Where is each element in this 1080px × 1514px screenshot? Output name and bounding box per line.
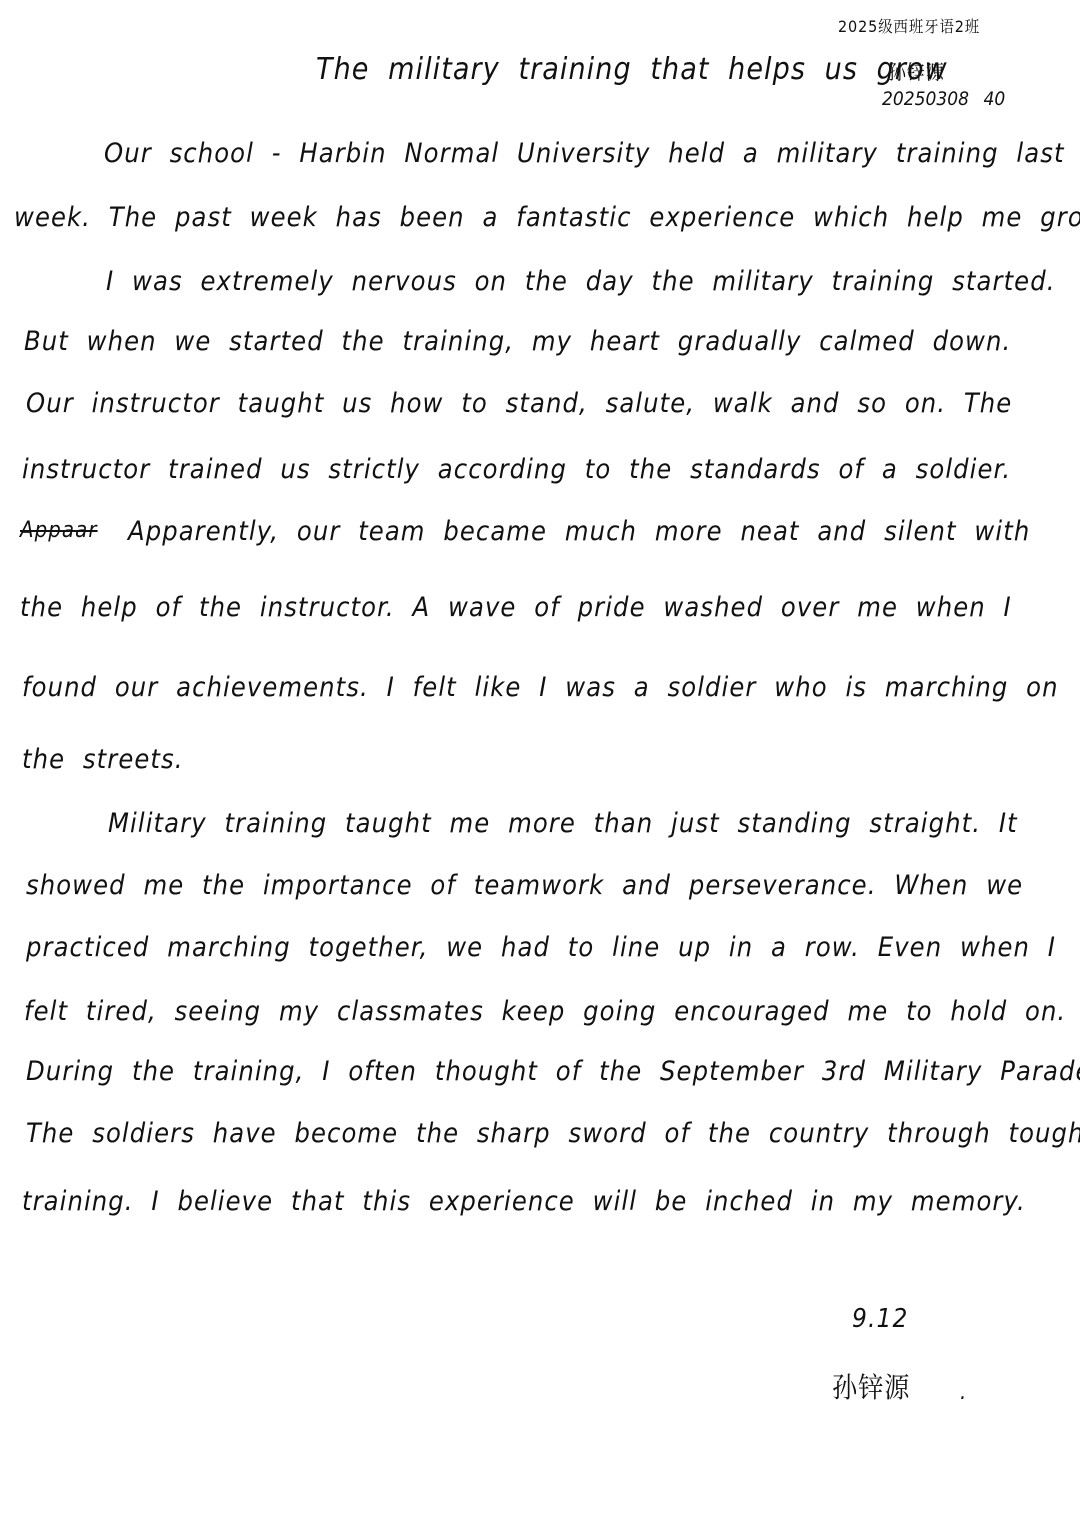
essay-line: Apparently, our team became much more ne… [128,516,1030,547]
essay-line: During the training, I often thought of … [26,1056,1080,1087]
essay-line: Our instructor taught us how to stand, s… [26,388,1012,419]
essay-line: found our achievements. I felt like I wa… [22,672,1059,703]
essay-line: the streets. [22,744,184,775]
essay-line: the help of the instructor. A wave of pr… [20,592,1012,623]
essay-line: The soldiers have become the sharp sword… [26,1118,1080,1149]
class-info: 2025级西班牙语2班 [838,14,980,37]
date: 9.12 [852,1304,908,1334]
essay-line: But when we started the training, my hea… [24,326,1011,357]
essay-line: showed me the importance of teamwork and… [26,870,1023,901]
essay-line: I was extremely nervous on the day the m… [106,266,1056,297]
student-id: 20250308 40 [882,88,1005,110]
essay-line: Military training taught me more than ju… [108,808,1018,839]
essay-line: week. The past week has been a fantastic… [14,202,1080,233]
essay-title: The military training that helps us grow [316,52,948,87]
signature-dot: . [960,1380,967,1405]
crossed-out-word: Appaar [20,518,98,543]
signature: 孙锌源 [832,1366,910,1406]
essay-line: training. I believe that this experience… [22,1186,1026,1217]
essay-line: practiced marching together, we had to l… [26,932,1056,963]
essay-line: Our school - Harbin Normal University he… [104,138,1065,169]
essay-line: felt tired, seeing my classmates keep go… [24,996,1066,1027]
essay-line: instructor trained us strictly according… [22,454,1011,485]
